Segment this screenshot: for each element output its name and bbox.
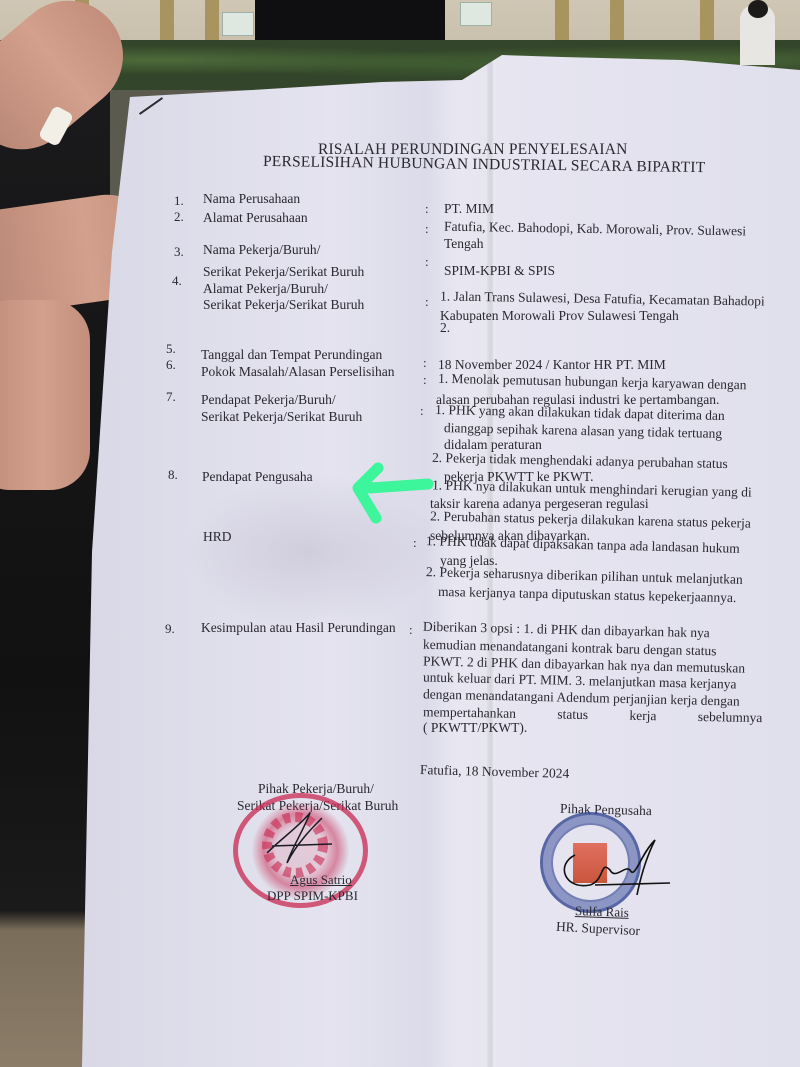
item-value-date-place: 18 November 2024 / Kantor HR PT. MIM [438, 357, 666, 372]
item-value-main-issue: 1. Menolak pemutusan hubungan kerja kary… [438, 371, 747, 392]
item-value-worker-name: SPIM-KPBI & SPIS [444, 263, 555, 278]
place-date: Fatufia, 18 November 2024 [420, 762, 570, 781]
signatory-employer-title: HR. Supervisor [556, 919, 641, 938]
item-value-hrd: 2. Pekerja seharusnya diberikan pilihan … [426, 564, 743, 587]
item-value-company-name: PT. MIM [444, 201, 494, 216]
employer-signature [555, 835, 675, 905]
item-value-worker-address: 1. Jalan Trans Sulawesi, Desa Fatufia, K… [440, 288, 765, 308]
item-label-worker-opinion: Pendapat Pekerja/Buruh/ [201, 392, 336, 407]
item-value-worker-address: Kabupaten Morowali Prov Sulawesi Tengah [440, 308, 679, 323]
item-label-worker-address: Alamat Pekerja/Buruh/ [203, 281, 328, 296]
item-number: 9. [165, 621, 175, 636]
item-number: 1. [174, 193, 184, 208]
document-title-line2: PERSELISIHAN HUBUNGAN INDUSTRIAL SECARA … [263, 154, 706, 175]
item-colon: : [420, 403, 424, 418]
signatory-worker-name: Agus Satrio [290, 872, 352, 887]
highlight-arrow-icon [348, 462, 438, 528]
item-label-company-address: Alamat Perusahaan [203, 210, 308, 225]
item-value-worker-address: 2. [440, 320, 450, 335]
item-value-conclusion: ( PKWTT/PKWT). [423, 720, 527, 735]
item-number: 2. [174, 209, 184, 224]
item-label-company-name: Nama Perusahaan [203, 191, 300, 206]
item-colon: : [409, 622, 413, 637]
item-number: 5. [166, 341, 176, 356]
item-label-hrd: HRD [203, 529, 232, 544]
item-value-hrd: masa kerjanya tanpa diputuskan status ke… [438, 584, 737, 605]
item-colon: : [425, 221, 429, 236]
item-number: 7. [166, 389, 176, 404]
item-number: 8. [168, 467, 178, 482]
signatory-employer-name: Sulfa Rais [575, 903, 629, 920]
document: RISALAH PERUNDINGAN PENYELESAIAN PERSELI… [0, 0, 800, 1067]
item-label-employer-opinion: Pendapat Pengusaha [202, 469, 313, 484]
item-value-worker-opinion: 2. Pekerja tidak menghendaki adanya peru… [432, 450, 728, 471]
item-label-worker-address: Serikat Pekerja/Serikat Buruh [203, 297, 364, 312]
item-colon: : [423, 355, 427, 370]
item-label-worker-name: Serikat Pekerja/Serikat Buruh [203, 264, 364, 279]
item-colon: : [425, 294, 429, 309]
signatory-worker-title: DPP SPIM-KPBI [267, 888, 358, 903]
item-value-company-address: Tengah [444, 236, 484, 251]
item-label-worker-opinion: Serikat Pekerja/Serikat Buruh [201, 409, 362, 424]
item-value-company-address: Fatufia, Kec. Bahodopi, Kab. Morowali, P… [444, 219, 746, 239]
worker-signature [262, 808, 342, 868]
item-label-worker-name: Nama Pekerja/Buruh/ [203, 242, 320, 257]
item-label-conclusion: Kesimpulan atau Hasil Perundingan [201, 620, 396, 635]
item-number: 4. [172, 273, 182, 288]
item-number: 6. [166, 357, 176, 372]
item-colon: : [425, 254, 429, 269]
item-label-date-place: Tanggal dan Tempat Perundingan [201, 347, 382, 362]
item-colon: : [425, 201, 429, 216]
item-label-main-issue: Pokok Masalah/Alasan Perselisihan [201, 364, 394, 379]
item-number: 3. [174, 244, 184, 259]
item-colon: : [423, 372, 427, 387]
item-colon: : [413, 535, 417, 550]
